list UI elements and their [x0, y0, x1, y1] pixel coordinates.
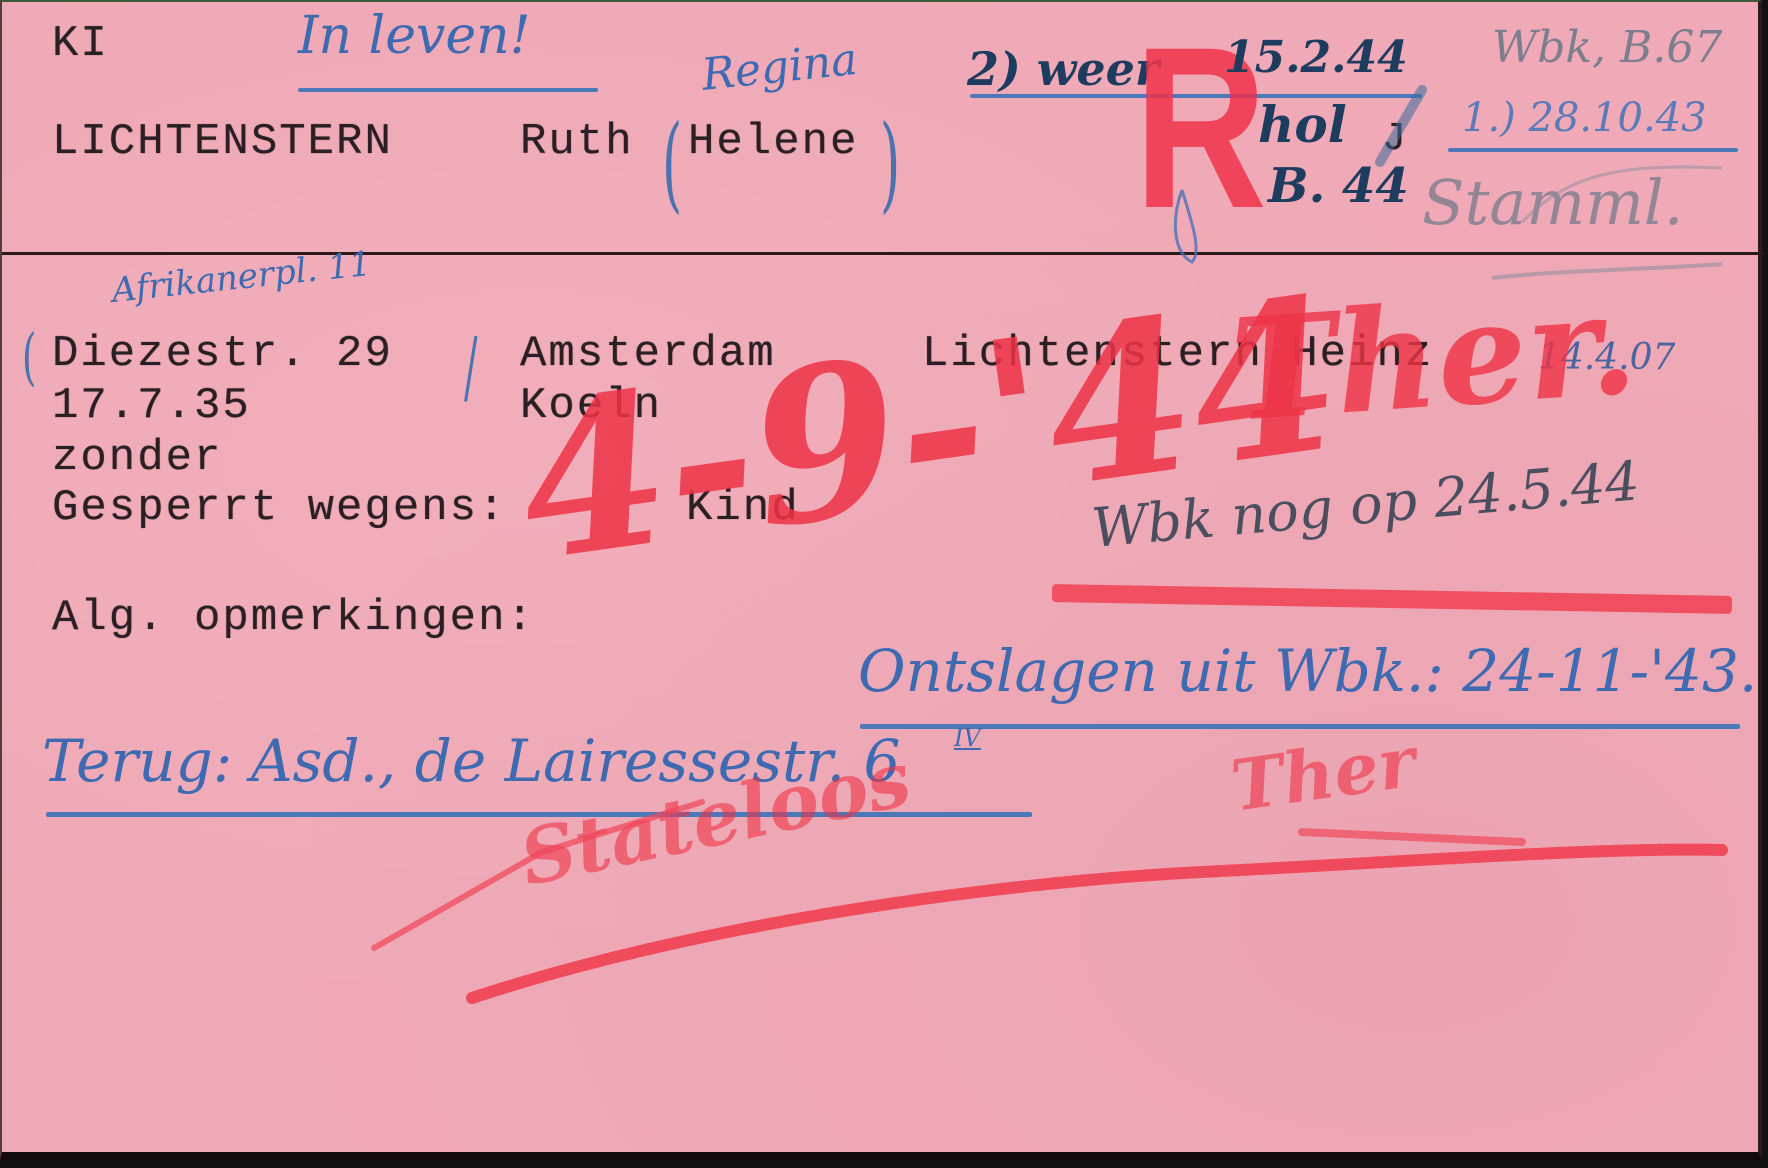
weer-date: 15.2.44 — [1224, 36, 1408, 80]
close-paren-mark: ) — [880, 102, 900, 224]
wbk-reference: Wbk, B.67 — [1492, 26, 1722, 70]
middle-name: Helene — [688, 120, 858, 164]
red-ther-small: Ther — [1227, 727, 1419, 822]
return-floor: IV — [954, 726, 981, 750]
red-destination: Ther. — [1227, 274, 1640, 442]
registration-card: KI In leven! LICHTENSTERN Ruth ( Helene … — [0, 0, 1762, 1160]
j-mark: J — [1382, 120, 1408, 160]
hol-note: hol — [1258, 100, 1347, 150]
open-paren-mark: ( — [662, 102, 682, 224]
address-close-paren: / — [464, 320, 477, 413]
discharged-underline — [860, 724, 1740, 729]
remarks-label: Alg. opmerkingen: — [52, 596, 535, 640]
given-name: Ruth — [520, 120, 634, 164]
annotation-in-leven: In leven! — [298, 10, 531, 62]
address-open-paren: ( — [22, 320, 37, 393]
card-code: KI — [52, 22, 109, 66]
address: Diezestr. 29 — [52, 332, 393, 376]
pencil-signature: Stamml. — [1422, 172, 1683, 234]
first-date: 1.) 28.10.43 — [1462, 98, 1707, 138]
annotation-regina: Regina — [700, 38, 860, 98]
religion-status: zonder — [52, 436, 222, 480]
blocked-label: Gesperrt wegens: — [52, 486, 506, 530]
red-strike-wbk — [1052, 584, 1732, 614]
b44-note: B. 44 — [1268, 162, 1409, 210]
annotation-weer: 2) weer — [967, 46, 1159, 92]
first-date-underline — [1448, 148, 1738, 152]
surname: LICHTENSTERN — [52, 120, 393, 164]
discharged-note: Ontslagen uit Wbk.: 24-11-'43. — [858, 642, 1757, 700]
in-leven-underline — [298, 88, 598, 92]
birth-date: 17.7.35 — [52, 384, 251, 428]
address-correction: Afrikanerpl. 11 — [110, 247, 372, 308]
